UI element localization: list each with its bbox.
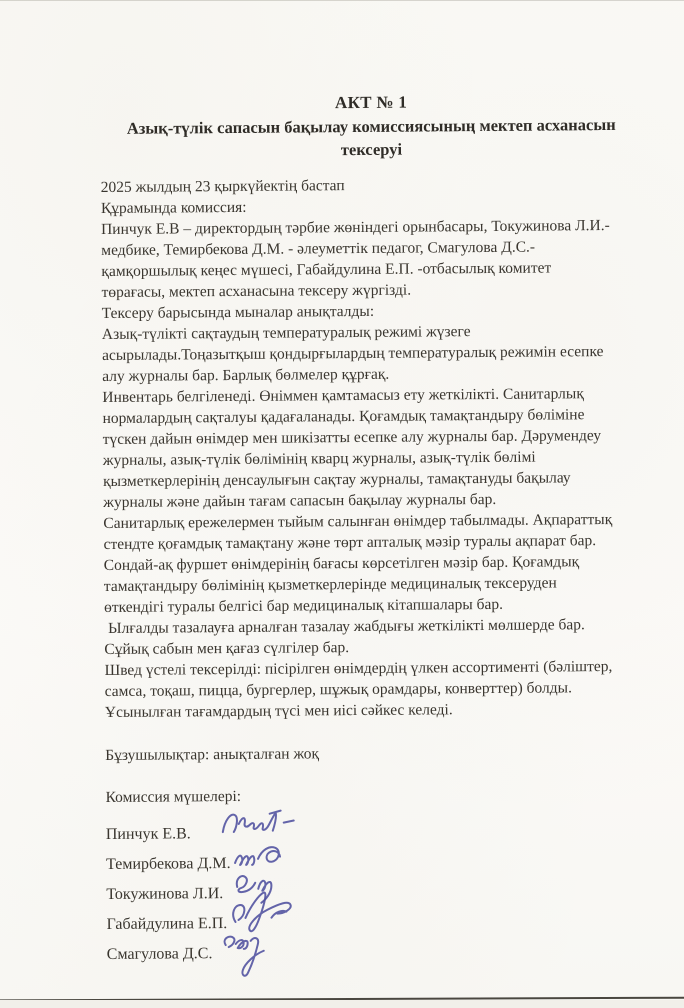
document-content: АКТ № 1 Азық-түлік сапасын бақылау комис… — [100, 90, 621, 970]
body-line: қызметкерлерінің денсаулығын сақтау журн… — [103, 467, 617, 492]
document-body: 2025 жылдың 23 қыркүйектің бастапҚұрамын… — [101, 173, 619, 723]
signature-ink-smagulova — [219, 931, 283, 982]
body-line: асырылады.Тоңазытқыш қондырғылардың темп… — [102, 341, 616, 366]
scanned-document-page: АКТ № 1 Азық-түлік сапасын бақылау комис… — [0, 0, 684, 1008]
signatory-name: Темирбекова Д.М. — [106, 855, 231, 873]
body-line: түскен дайын өнімдер мен шикізатты есепк… — [103, 425, 617, 450]
violations-statement: Бұзушылықтар: анықталған жоқ — [105, 741, 619, 766]
signatory-name: Смагулова Д.С. — [107, 945, 213, 963]
signature-row-temirbekova: Темирбекова Д.М. — [106, 846, 620, 880]
scan-top-edge — [0, 0, 684, 1]
body-line: Пинчук Е.В – директордың тәрбие жөніндег… — [101, 215, 615, 240]
signature-ink-pinchuk — [218, 804, 310, 841]
signature-row-tokuzhinova: Токужинова Л.И. — [106, 876, 620, 910]
body-line: самса, тоқаш, пицца, бургерлер, шұжық ор… — [105, 677, 619, 702]
signatory-name: Пинчук Е.В. — [106, 825, 191, 843]
document-title-block: АКТ № 1 Азық-түлік сапасын бақылау комис… — [100, 90, 629, 163]
document-subtitle: Азық-түлік сапасын бақылау комиссиясының… — [114, 113, 628, 163]
body-line: Ылғалды тазалауға арналған тазалау жабды… — [104, 614, 618, 639]
signature-row-gabaidulina: Габайдулина Е.П. — [106, 906, 620, 940]
signature-row-smagulova: Смагулова Д.С. — [107, 936, 621, 970]
signature-row-pinchuk: Пинчук Е.В. — [106, 816, 620, 850]
commission-members-heading: Комиссия мүшелері: — [105, 783, 619, 808]
body-line: тамақтандыру бөлімінің қызметкерлерінде … — [104, 572, 618, 597]
scanner-background-strip — [0, 1000, 684, 1008]
subtitle-line-1: Азық-түлік сапасын бақылау комиссиясының… — [114, 113, 628, 140]
subtitle-line-2: тексеруі — [114, 136, 628, 163]
signatory-name: Токужинова Л.И. — [106, 885, 223, 903]
signature-list: Пинчук Е.В. Темирбекова Д.М. Токужинова … — [106, 816, 621, 970]
body-line: Ұсынылған тағамдардың түсі мен иісі сәйк… — [105, 698, 619, 723]
body-line: қамқоршылық кеңес мүшесі, Габайдулина Е.… — [101, 257, 615, 282]
act-number-title: АКТ № 1 — [114, 90, 628, 116]
signatory-name: Габайдулина Е.П. — [106, 915, 227, 933]
